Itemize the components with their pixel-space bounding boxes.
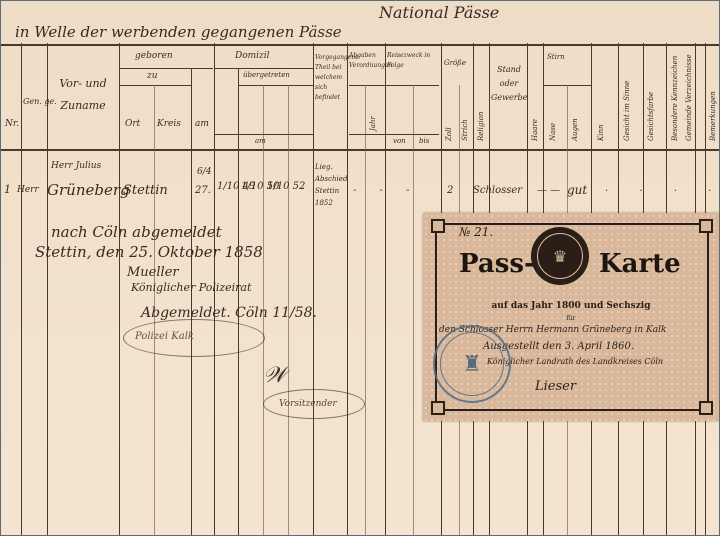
card-title-left: Pass- [459,249,535,279]
entry-ort: Stettin [123,183,168,198]
note-signature-scrawl: 𝒲 [263,363,286,388]
entry-vorgegangen: Lieg. Abschied Stettin 1852 [315,161,345,209]
title-annotation: National Pässe [379,3,499,22]
entry-haare: — — [537,185,560,196]
col-header-reise: Reisezweck in Folge [387,51,439,71]
entry-nr: 1 [4,183,11,196]
col-line [365,85,366,535]
card-title-right: Karte [599,249,681,279]
col-line [21,43,22,535]
col-header-am: am [195,119,209,129]
entry-trailing-dots: . . . . . [605,183,719,194]
entry-groesse: 2 [447,185,453,196]
entry-dom3: 1/10 52 [267,181,305,192]
col-header-stirn: Stirn [547,53,565,61]
col-header-religion: Religion [477,112,485,141]
entry-birth-year: 27. [195,185,211,196]
col-header-kinn: Kinn [597,125,605,142]
col-header-ort: Ort [125,119,140,129]
col-header-augen: Augen [571,118,579,141]
col-line [47,43,48,535]
card-line-authority: Königlicher Landrath des Landkreises Cöl… [487,357,663,366]
col-header-stand: Stand oder Gewerbe [491,63,527,105]
col-line [413,85,414,535]
col-header-zoll: Zoll [445,127,453,141]
corner-ornament-icon [431,219,445,233]
col-header-abgaben-jahr: Jahr [369,116,377,131]
entry-title-above: Herr Julius [51,161,101,171]
col-header-gesichtsfarbe: Gesichtsfarbe [647,92,655,141]
entry-dot: . [301,181,304,192]
col-line [385,43,386,535]
geboren-rule [119,68,213,69]
header-bottom-rule [1,149,719,151]
entry-name: Grüneberg [47,181,130,199]
header-top-rule [1,44,719,46]
col-line [238,68,239,535]
eagle-crest-icon: ♛ [537,233,583,279]
note-polizeirat: Königlicher Polizeirat [131,281,251,294]
card-subtitle: auf das Jahr 1800 und Sechszig [423,301,719,311]
col-header-besondere: Besondere Kennzeichen [671,56,679,141]
col-header-abgaben: Abgaben Verordnungen [349,51,383,71]
col-header-groesse: Größe [444,59,466,67]
col-line [191,68,192,535]
abgaben-rule [349,85,439,86]
col-line [313,43,314,535]
col-header-vorgegangen: Vorgegangene Theil bei welchem sich befi… [315,53,345,103]
note-abgemeldet: nach Cöln abgemeldet [51,223,222,241]
entry-gesicht: gut [567,183,587,197]
col-header-nr: Nr. [5,119,19,129]
prussian-eagle-seal-icon: ♛ [531,227,589,285]
col-header-zu: zu [147,71,158,81]
col-line [119,43,120,535]
col-header-haare: Haare [531,119,539,141]
domizil-rule [214,68,313,69]
document-page: in Welle der werbenden gegangenen Pässe … [1,1,719,535]
zu-rule [119,85,191,86]
col-header-bemerkungen: Bemerkungen [709,91,717,141]
col-header-strich: Strich [461,119,469,141]
col-header-reise-bis: bis [419,137,429,145]
col-header-domizil: Domizil [235,51,270,61]
card-signature: Lieser [535,379,576,394]
col-header-gemeinde: Gemeinde Verzeichnisse [685,54,693,141]
document-title-line: in Welle der werbenden gegangenen Pässe [15,23,342,41]
pass-card: № 21. Pass- ♛ Karte auf das Jahr 1800 un… [423,213,719,421]
entry-birth-day: 6/4 [197,167,211,177]
col-header-gesicht: Gesicht im Sinne [623,81,631,141]
col-header-uebergetreten: übergetreten [243,71,290,79]
stamp-ring [440,332,504,396]
entry-dashes: - - - [353,185,420,196]
official-stamp-icon: ♜ [433,325,511,403]
col-header-kreis: Kreis [157,119,181,129]
flourish-oval [123,319,265,357]
card-fuer: für [423,315,719,322]
col-header-name: Vor- und Zuname [49,73,117,117]
flourish-oval [263,389,365,419]
corner-ornament-icon [699,219,713,233]
entry-stand: Schlosser [473,185,522,196]
col-header-geboren: geboren [135,51,173,61]
col-header-domizil-am: am [255,137,266,145]
reise-rule [349,134,439,135]
domizil-sub-rule [238,85,313,86]
corner-ornament-icon [431,401,445,415]
col-header-reise-von: von [393,137,406,145]
entry-gen: Herr [17,185,39,195]
col-header-nase: Nase [549,123,557,141]
note-abgemeldet-coeln: Abgemeldet. Cöln 11/58. [141,305,317,321]
note-signature: Mueller [127,265,179,280]
card-number: № 21. [459,225,493,239]
col-line [347,43,348,535]
corner-ornament-icon [699,401,713,415]
note-date: Stettin, den 25. Oktober 1858 [35,243,263,261]
